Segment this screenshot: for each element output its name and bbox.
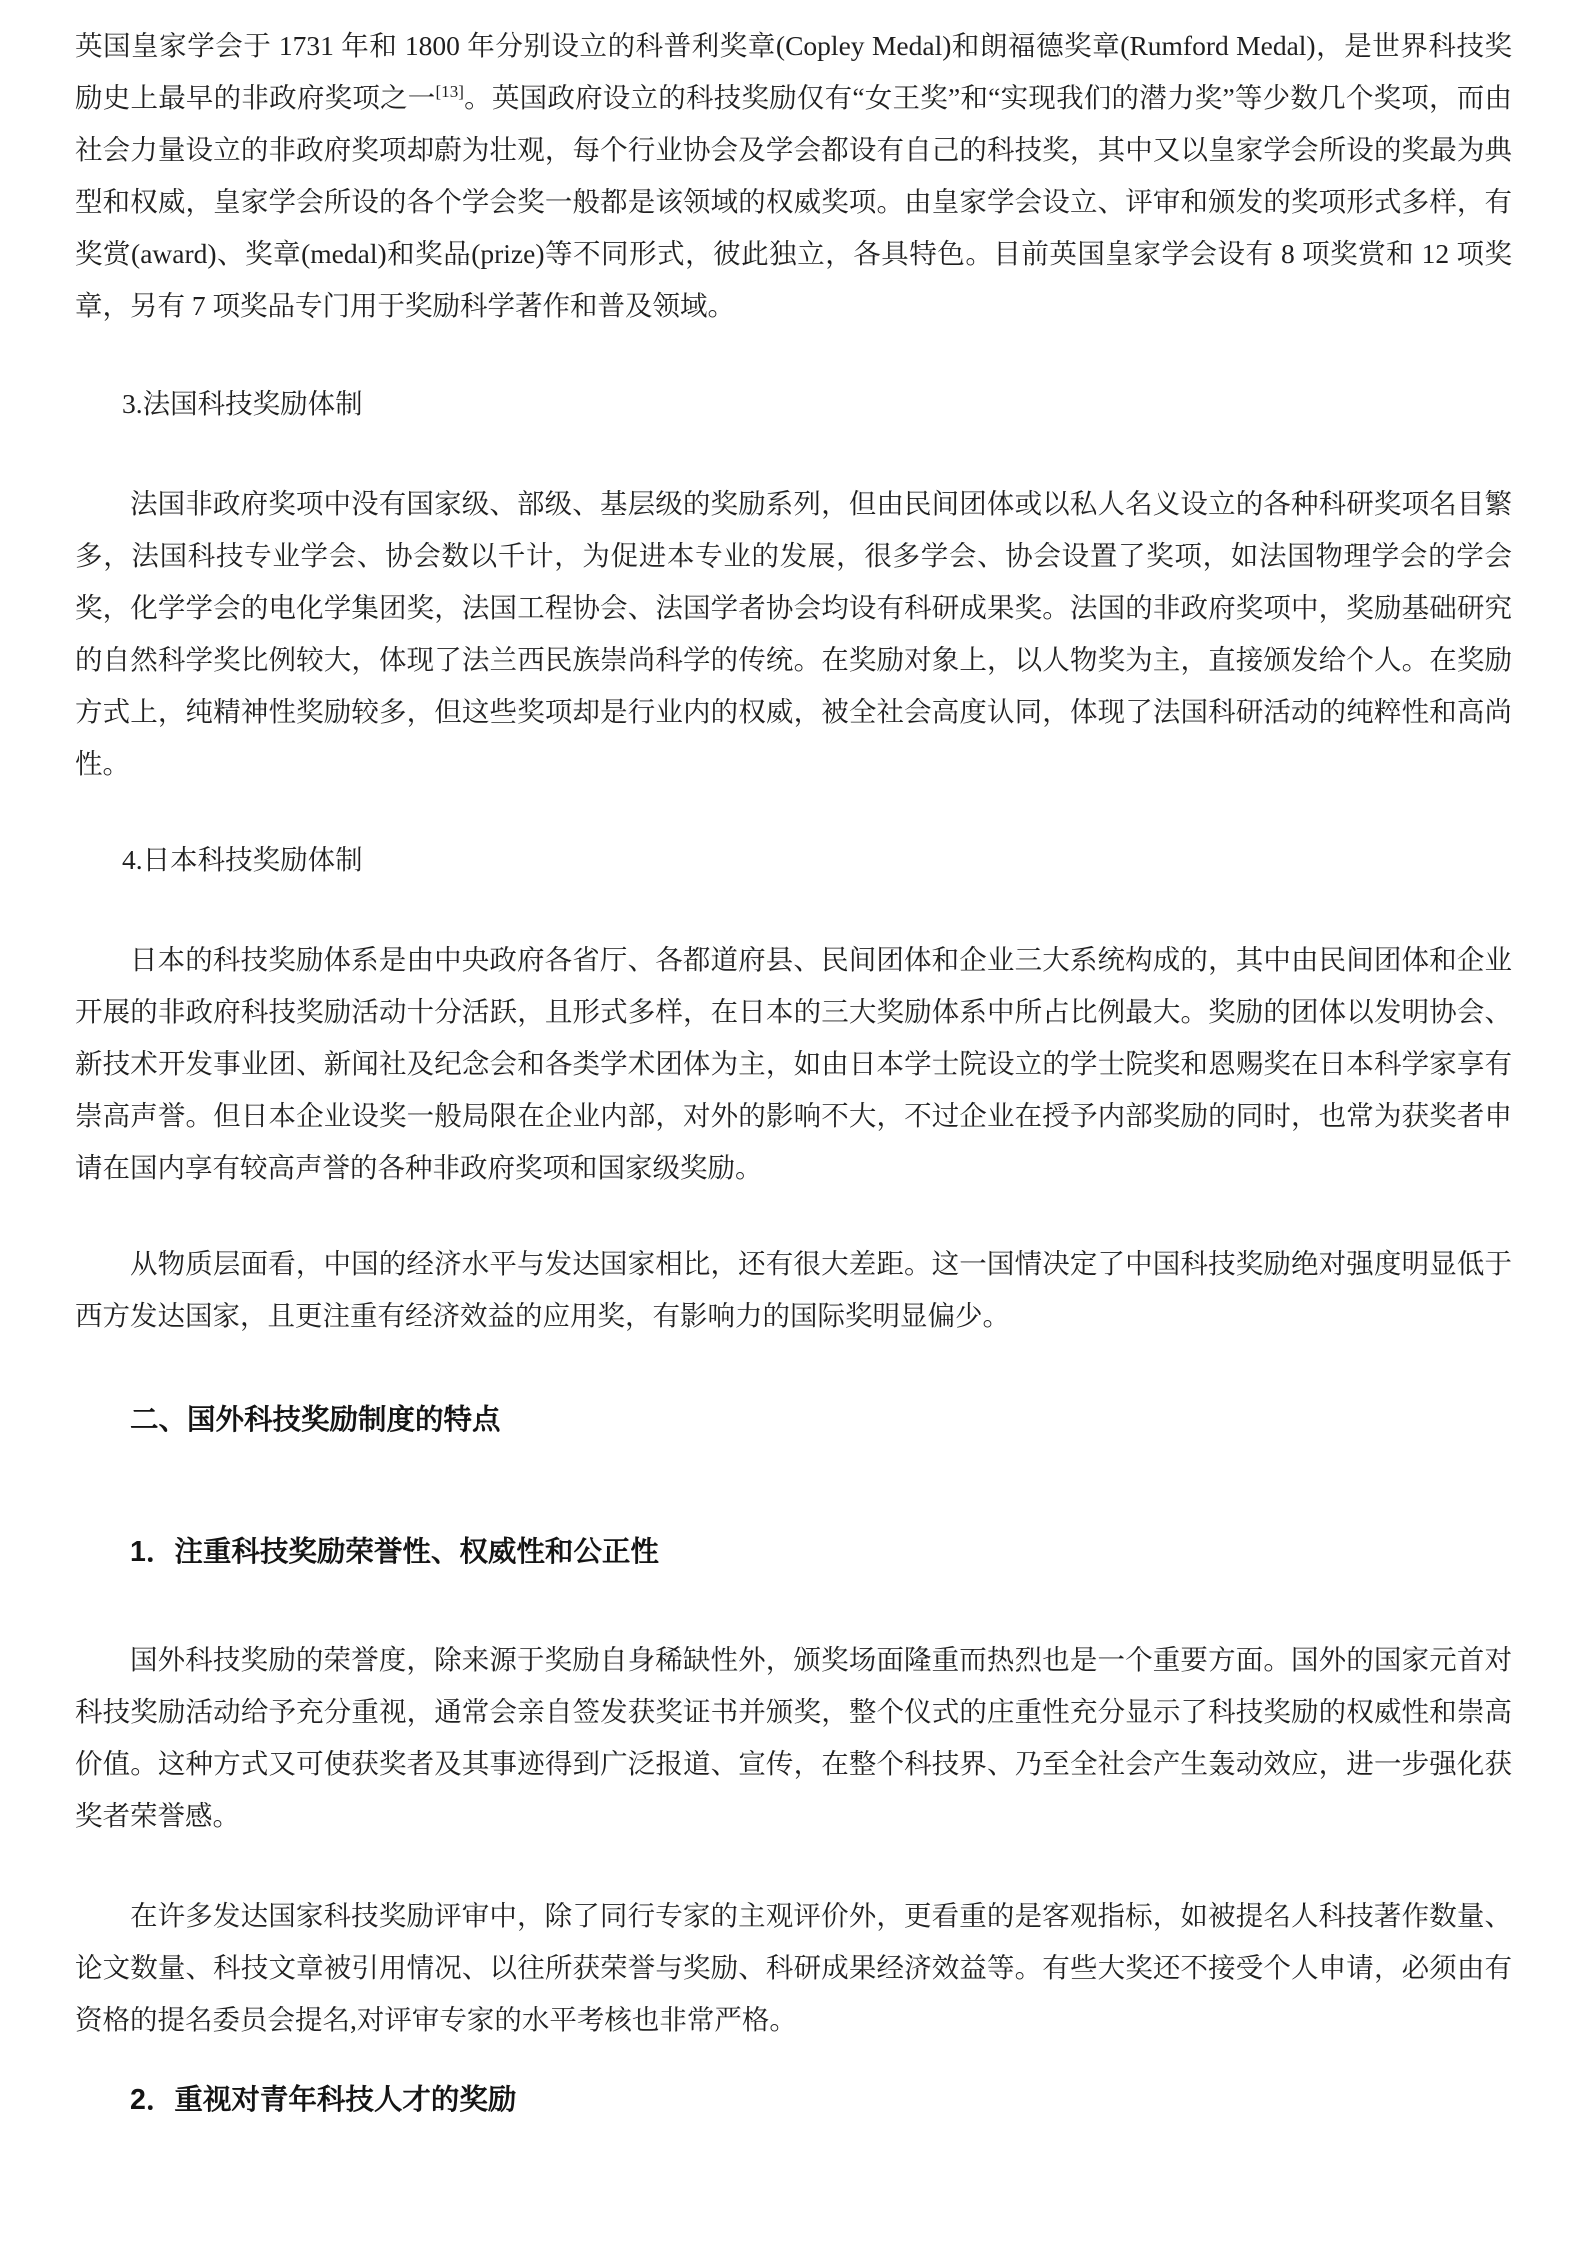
paragraph-japan-system: 日本的科技奖励体系是由中央政府各省厅、各都道府县、民间团体和企业三大系统构成的，… [75, 934, 1512, 1194]
paragraph-china-comparison: 从物质层面看，中国的经济水平与发达国家相比，还有很大差距。这一国情决定了中国科技… [75, 1238, 1512, 1342]
paragraph-objective-evaluation: 在许多发达国家科技奖励评审中，除了同行专家的主观评价外，更看重的是客观指标，如被… [75, 1890, 1512, 2046]
heading-japan-system: 4.日本科技奖励体制 [75, 834, 1512, 886]
paragraph-uk-awards: 英国皇家学会于 1731 年和 1800 年分别设立的科普利奖章(Copley … [75, 20, 1512, 332]
citation-13: [13] [436, 82, 464, 101]
heading-france-system: 3.法国科技奖励体制 [75, 378, 1512, 430]
heading-section-2-foreign-features: 二、国外科技奖励制度的特点 [75, 1394, 1512, 1446]
heading-feature-2-young-talent: 2．重视对青年科技人才的奖励 [75, 2074, 1512, 2126]
paragraph-honor-ceremony: 国外科技奖励的荣誉度，除来源于奖励自身稀缺性外，颁奖场面隆重而热烈也是一个重要方… [75, 1634, 1512, 1842]
paragraph-france-system: 法国非政府奖项中没有国家级、部级、基层级的奖励系列，但由民间团体或以私人名义设立… [75, 478, 1512, 790]
paragraph-uk-awards-text-after: 。英国政府设立的科技奖励仅有“女王奖”和“实现我们的潜力奖”等少数几个奖项，而由… [75, 82, 1512, 321]
document-page: 英国皇家学会于 1731 年和 1800 年分别设立的科普利奖章(Copley … [0, 0, 1587, 2245]
heading-feature-1-honor-authority: 1．注重科技奖励荣誉性、权威性和公正性 [75, 1526, 1512, 1578]
